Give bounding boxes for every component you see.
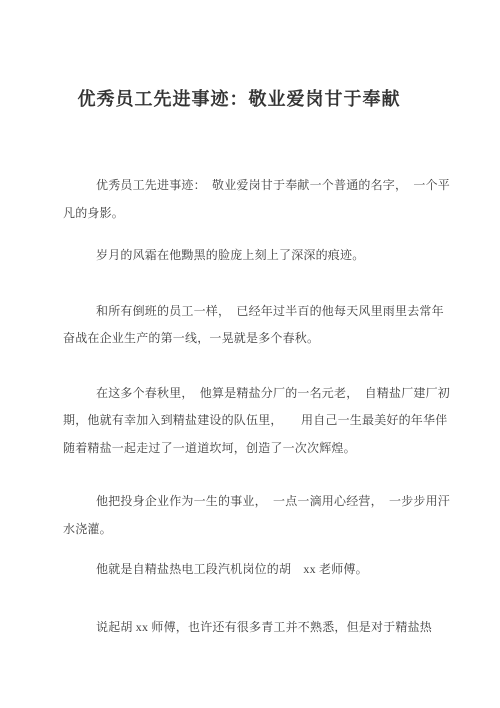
- paragraph-line: 他把投身企业作为一生的事业， 一点一滴用心经营， 一步步用汗: [63, 488, 442, 516]
- paragraph: 和所有倒班的员工一样， 已经年过半百的他每天风里雨里去常年 奋战在企业生产的第一…: [63, 298, 442, 353]
- paragraph-line: 期，他就有幸加入到精盐建设的队伍里， 用自己一生最美好的年华伴: [63, 407, 442, 435]
- document-body: 优秀员工先进事迹： 敬业爱岗甘于奉献一个普通的名字， 一个平 凡的身影。 岁月的…: [63, 172, 442, 641]
- paragraph: 岁月的风霜在他黝黑的脸庞上刻上了深深的痕迹。: [63, 242, 442, 270]
- paragraph: 在这多个春秋里， 他算是精盐分厂的一名元老， 自精盐厂建厂初 期，他就有幸加入到…: [63, 380, 442, 463]
- document-title: 优秀员工先进事迹：敬业爱岗甘于奉献: [0, 0, 478, 112]
- document-page: 优秀员工先进事迹：敬业爱岗甘于奉献 优秀员工先进事迹： 敬业爱岗甘于奉献一个普通…: [0, 0, 500, 708]
- paragraph-line: 在这多个春秋里， 他算是精盐分厂的一名元老， 自精盐厂建厂初: [63, 380, 442, 408]
- paragraph-line: 随着精盐一起走过了一道道坎坷，创造了一次次辉煌。: [63, 435, 442, 463]
- paragraph-line: 岁月的风霜在他黝黑的脸庞上刻上了深深的痕迹。: [63, 242, 442, 270]
- paragraph: 他把投身企业作为一生的事业， 一点一滴用心经营， 一步步用汗 水浇灌。: [63, 488, 442, 543]
- paragraph: 优秀员工先进事迹： 敬业爱岗甘于奉献一个普通的名字， 一个平 凡的身影。: [63, 172, 442, 227]
- paragraph: 说起胡 xx 师傅，也许还有很多青工并不熟悉，但是对于精盐热: [63, 614, 442, 642]
- paragraph-line: 和所有倒班的员工一样， 已经年过半百的他每天风里雨里去常年: [63, 298, 442, 326]
- paragraph-line: 优秀员工先进事迹： 敬业爱岗甘于奉献一个普通的名字， 一个平: [63, 172, 442, 200]
- paragraph-line: 奋战在企业生产的第一线，一晃就是多个春秋。: [63, 325, 442, 353]
- paragraph-line: 他就是自精盐热电工段汽机岗位的胡 xx 老师傅。: [63, 556, 442, 584]
- paragraph-line: 说起胡 xx 师傅，也许还有很多青工并不熟悉，但是对于精盐热: [63, 614, 442, 642]
- paragraph-line: 水浇灌。: [63, 516, 442, 544]
- paragraph-line: 凡的身影。: [63, 200, 442, 228]
- paragraph: 他就是自精盐热电工段汽机岗位的胡 xx 老师傅。: [63, 556, 442, 584]
